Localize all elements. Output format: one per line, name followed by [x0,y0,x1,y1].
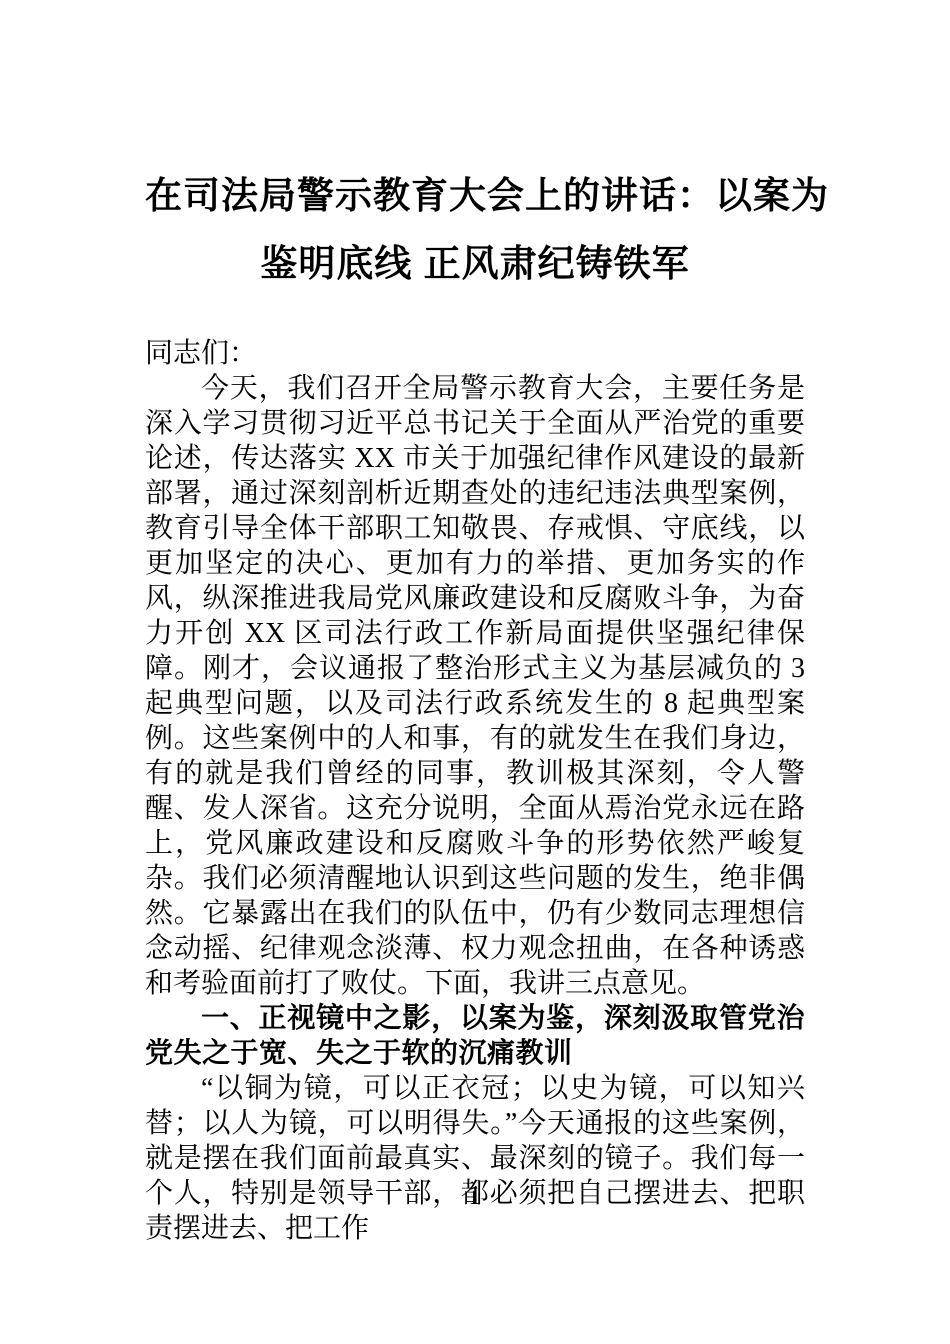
document-title-line-1: 在司法局警示教育大会上的讲话：以案为 [145,162,805,230]
page-number: 1 [0,1180,950,1211]
document-title-line-2: 鉴明底线 正风肃纪铸铁军 [145,230,805,298]
document-body: 同志们： 今天，我们召开全局警示教育大会，主要任务是深入学习贯彻习近平总书记关于… [145,336,805,1246]
document-page: 在司法局警示教育大会上的讲话：以案为 鉴明底线 正风肃纪铸铁军 同志们： 今天，… [0,0,950,1344]
salutation: 同志们： [145,336,805,371]
mirror-paragraph: “以铜为镜，可以正衣冠；以史为镜，可以知兴替；以人为镜，可以明得失。”今天通报的… [145,1071,805,1246]
section-heading-1: 一、正视镜中之影，以案为鉴，深刻汲取管党治党失之于宽、失之于软的沉痛教训 [145,1001,805,1071]
document-title: 在司法局警示教育大会上的讲话：以案为 鉴明底线 正风肃纪铸铁军 [145,162,805,298]
opening-paragraph: 今天，我们召开全局警示教育大会，主要任务是深入学习贯彻习近平总书记关于全面从严治… [145,371,805,1001]
